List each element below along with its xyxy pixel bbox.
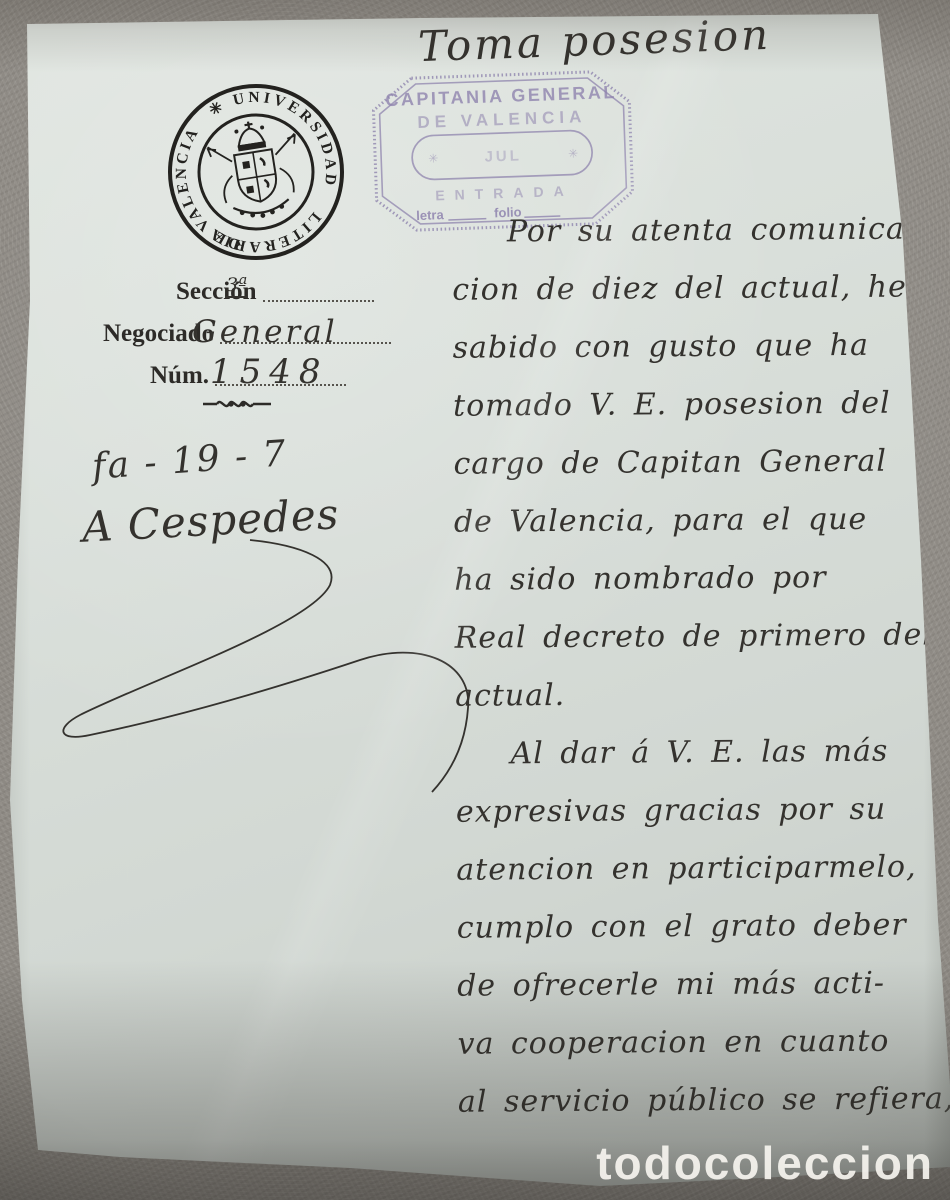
stamp-line2: DE VALENCIA <box>417 107 587 132</box>
top-annotation: Toma posesion <box>417 10 772 71</box>
body-line: cargo de Capitan General <box>453 443 943 504</box>
body-line: cumplo con el grato deber <box>457 907 947 968</box>
seccion-value: 3ª <box>226 274 247 308</box>
stamp-oval-date: JUL <box>484 147 522 165</box>
body-line: Real decreto de primero del <box>455 617 945 678</box>
entry-stamp: CAPITANIA GENERAL DE VALENCIA ✳ JUL ✳ EN… <box>369 67 636 234</box>
body-line: cion de diez del actual, he <box>452 269 942 330</box>
stamp-oval-right-mark: ✳ <box>568 146 579 160</box>
stamp-oval-left-mark: ✳ <box>428 151 439 165</box>
stamp-line1: CAPITANIA GENERAL <box>385 82 617 110</box>
body-line: va cooperacion en cuanto <box>457 1023 947 1084</box>
body-line: al servicio público se refiera, <box>458 1081 948 1142</box>
stamp-entrada: ENTRADA <box>435 183 574 204</box>
body-line: atencion en participarmelo, <box>456 849 946 910</box>
body-line: actual. <box>455 675 945 736</box>
seccion-dotted-leader <box>263 299 374 302</box>
university-seal: ✳ UNIVERSIDAD LITERARIA DE VALENCIA <box>153 67 360 277</box>
body-line: Por su atenta comunica= <box>452 211 942 272</box>
seccion-value-text: 3ª <box>226 274 247 298</box>
body-line: sabido con gusto que ha <box>453 327 943 388</box>
signature-flourish-icon <box>40 520 500 815</box>
body-line: ha sido nombrado por <box>454 559 944 620</box>
ornament-flourish-icon <box>202 396 272 417</box>
date-note: fa - 19 - 7 <box>91 433 289 488</box>
body-line: tomado V. E. posesion del <box>453 385 943 446</box>
coat-of-arms-icon <box>205 115 307 225</box>
form-row-seccion: Sección <box>176 278 374 306</box>
body-line: expresivas gracias por su <box>456 791 946 852</box>
letter-body: Por su atenta comunica= cion de diez del… <box>452 211 948 1142</box>
stamp-letra-label: letra <box>416 207 445 223</box>
body-line: de Valencia, para el que <box>454 501 944 562</box>
num-label: Núm. <box>150 362 209 390</box>
num-value: 1548 <box>210 352 329 392</box>
body-line: de ofrecerle mi más acti- <box>457 965 947 1026</box>
negociado-value: General <box>192 314 338 350</box>
watermark: todocoleccion <box>596 1136 934 1190</box>
body-line: Al dar á V. E. las más <box>455 733 945 794</box>
paper-sheet: Toma posesion CAPITANIA GENERAL DE VALEN… <box>0 0 950 1200</box>
photo-background: Toma posesion CAPITANIA GENERAL DE VALEN… <box>0 0 950 1200</box>
